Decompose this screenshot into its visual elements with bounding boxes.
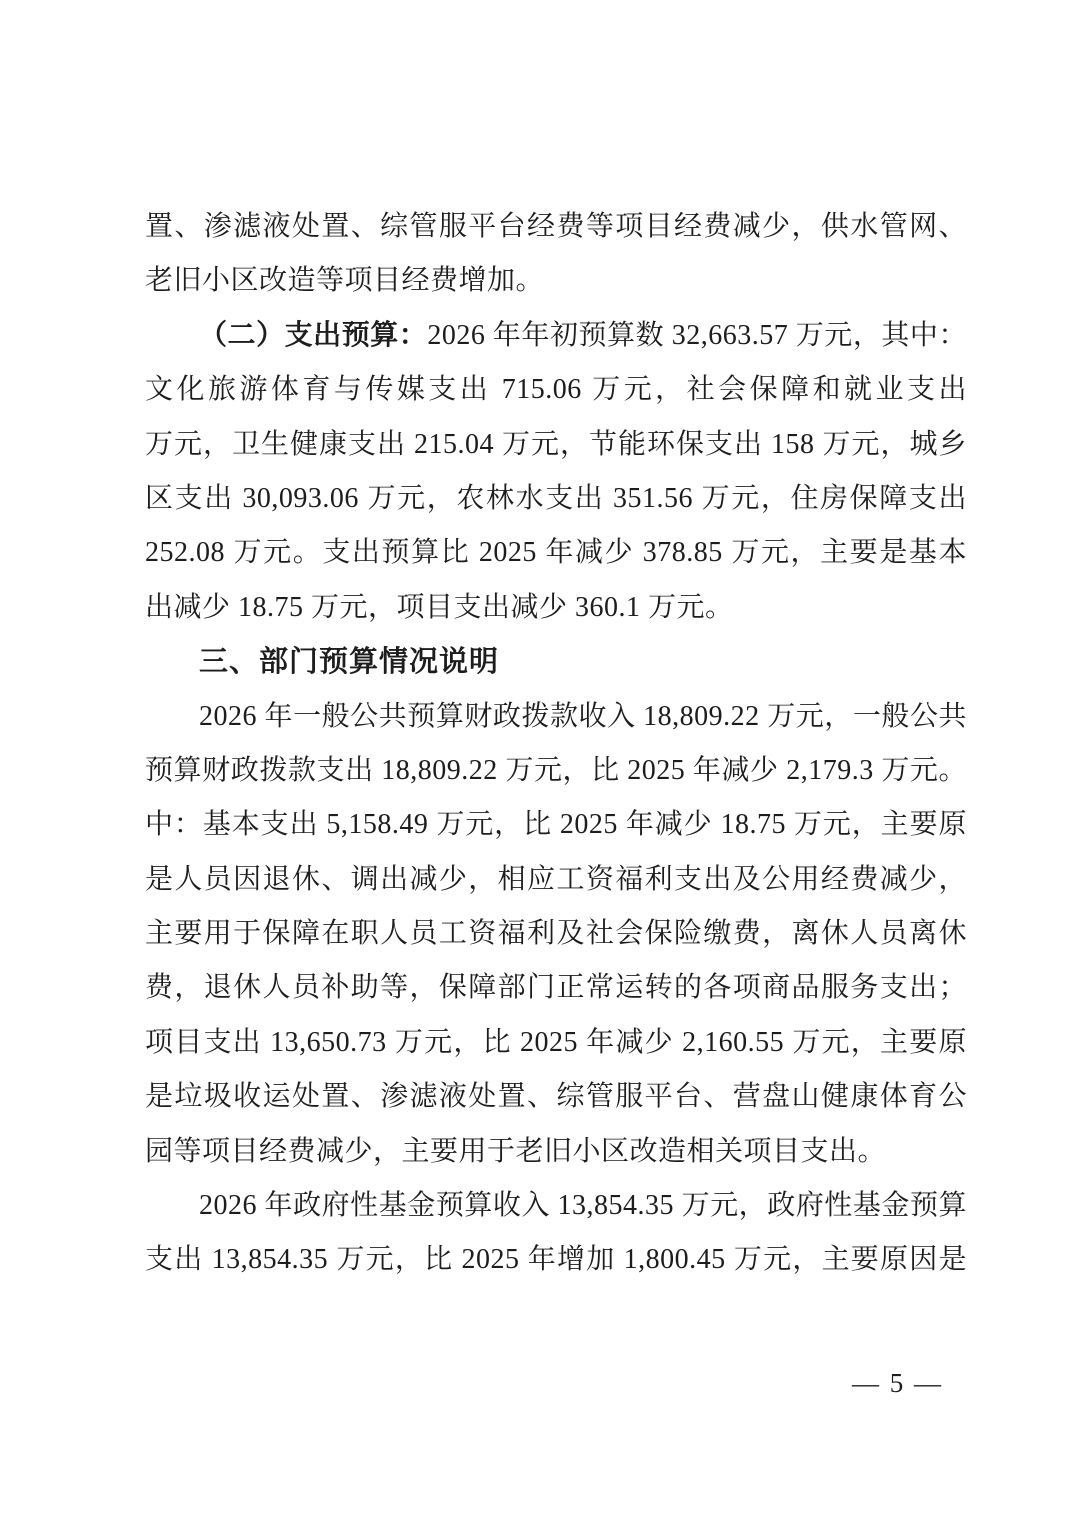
text-line: 老旧小区改造等项目经费增加。 [145,254,967,308]
text-line: 预算财政拨款支出 18,809.22 万元，比 2025 年减少 2,179.3… [145,744,967,798]
page-number: — 5 — [852,1363,943,1403]
section-heading: 三、部门预算情况说明 [145,635,967,689]
text-line: 中：基本支出 5,158.49 万元，比 2025 年减少 18.75 万元，主… [145,798,967,852]
text-line-paragraph-start: （二）支出预算：2026 年年初预算数 32,663.57 万元，其中： [145,309,967,363]
text-line: 置、渗滤液处置、综管服平台经费等项目经费减少，供水管网、 [145,200,967,254]
text-line: 费，退休人员补助等，保障部门正常运转的各项商品服务支出； [145,961,967,1015]
text-line: 文化旅游体育与传媒支出 715.06 万元，社会保障和就业支出 878.77 [145,363,967,417]
document-body: 置、渗滤液处置、综管服平台经费等项目经费减少，供水管网、 老旧小区改造等项目经费… [145,200,967,1288]
text-line: 是垃圾收运处置、渗滤液处置、综管服平台、营盘山健康体育公 [145,1070,967,1124]
paragraph-lead: （二）支出预算： [199,320,427,351]
text-line: 支出 13,854.35 万元，比 2025 年增加 1,800.45 万元，主… [145,1233,967,1287]
document-page: 置、渗滤液处置、综管服平台经费等项目经费减少，供水管网、 老旧小区改造等项目经费… [0,0,1074,1520]
paragraph-text: 2026 年年初预算数 32,663.57 万元，其中： [427,320,967,351]
text-line: 主要用于保障在职人员工资福利及社会保险缴费，离休人员离休 [145,907,967,961]
text-line: 园等项目经费减少，主要用于老旧小区改造相关项目支出。 [145,1125,967,1179]
text-line: 是人员因退休、调出减少，相应工资福利支出及公用经费减少， [145,853,967,907]
text-line-paragraph-start: 2026 年政府性基金预算收入 13,854.35 万元，政府性基金预算 [145,1179,967,1233]
text-line: 项目支出 13,650.73 万元，比 2025 年减少 2,160.55 万元… [145,1016,967,1070]
text-line: 252.08 万元。支出预算比 2025 年减少 378.85 万元，主要是基本… [145,526,967,580]
text-line: 区支出 30,093.06 万元，农林水支出 351.56 万元，住房保障支出 [145,472,967,526]
text-line: 万元，卫生健康支出 215.04 万元，节能环保支出 158 万元，城乡社 [145,418,967,472]
text-line-paragraph-start: 2026 年一般公共预算财政拨款收入 18,809.22 万元，一般公共 [145,690,967,744]
text-line: 出减少 18.75 万元，项目支出减少 360.1 万元。 [145,581,967,635]
